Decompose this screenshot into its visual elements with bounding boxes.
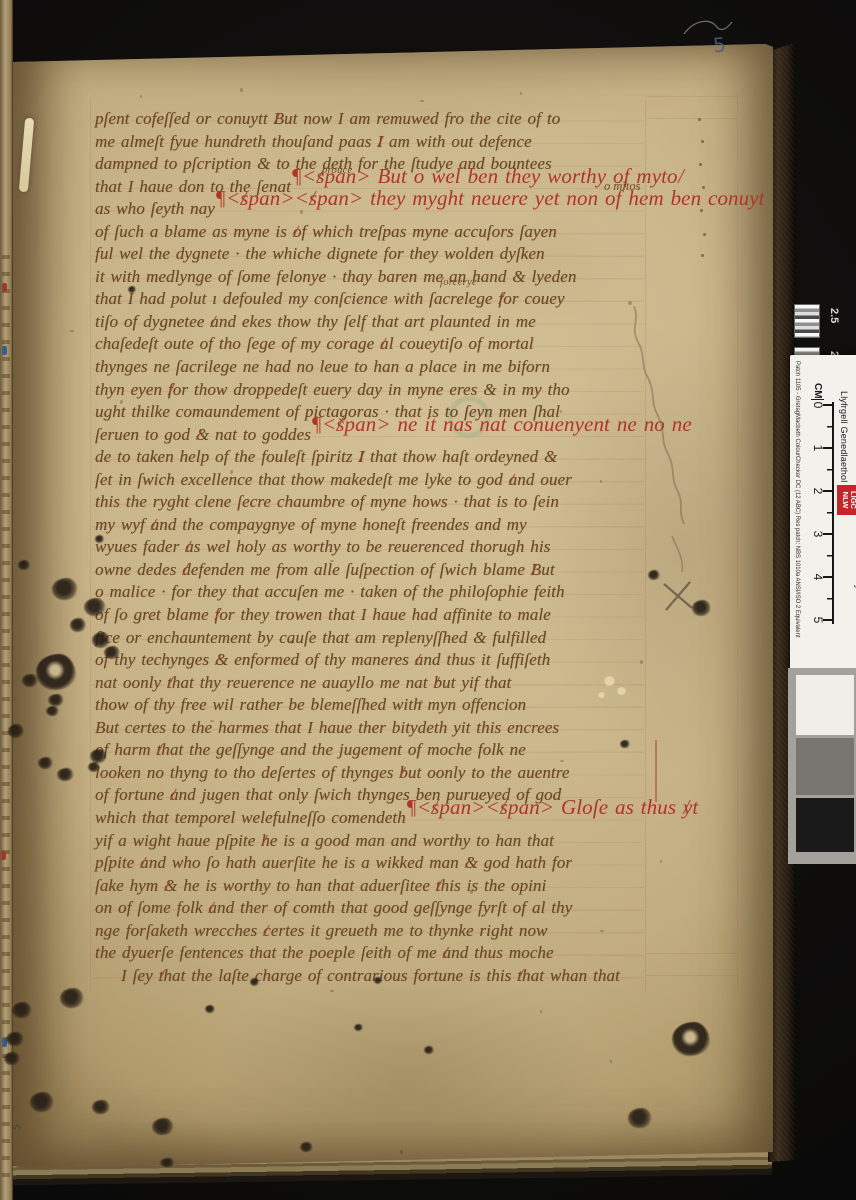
fine-print: Patch 1105 - GretagMacbeth ColourChecker…: [794, 361, 801, 638]
nlw-logo: LlGC NLW: [837, 485, 856, 515]
manuscript-line: pſpite / and who ſo hath auerſite he is …: [95, 852, 695, 875]
manuscript-line: this the ryght clene ſecre chaumbre of m…: [95, 491, 695, 514]
ruling-vertical: [90, 100, 91, 992]
ruling-vertical: [737, 92, 738, 992]
manuscript-line: the dyuerſe ſentences that the poeple ſe…: [95, 942, 695, 965]
manuscript-line: thyn eyen / for thow droppedeſt euery da…: [95, 379, 695, 402]
ruler-number: 5: [811, 617, 825, 624]
ruling-horizontal: [646, 96, 738, 97]
manuscript-line: nge forſaketh wrecches / certes it greue…: [95, 920, 695, 943]
ruler-number: 3: [811, 531, 825, 538]
manuscript-line: fice or enchauntement by cauſe that am r…: [95, 627, 695, 650]
manuscript-line: thynges ne ſacrilege ne had no leue to h…: [95, 356, 695, 379]
manuscript-line: it with medlynge of ſome felonye · thay …: [95, 266, 695, 289]
pencil-squiggle: [680, 14, 736, 42]
density-label: 2.5: [828, 308, 840, 323]
facing-leaf-edge: [0, 0, 13, 1200]
manuscript-line: ſake hym / & he is worthy to han that ad…: [95, 875, 695, 898]
manuscript-line: ſeruen to god / & nat to goddes ¶</span>…: [95, 424, 695, 447]
density-patch: 2.5: [794, 304, 850, 344]
ruler-number: 0: [811, 402, 825, 409]
interlinear-gloss: proũce: [322, 165, 353, 176]
manuscript-line: my wyf / and the compaygnye of myne hone…: [95, 514, 695, 537]
margin-note: o mĩtos: [604, 179, 640, 194]
calibration-ruler-card: Llyfrgell Genedlaethol Cymru LlGC NLW Na…: [790, 355, 856, 670]
text-block: pſent cofeſſed or conuytt / But now I am…: [95, 108, 695, 987]
manuscript-line: tiſo of dygnetee / and ekes thow thy ſel…: [95, 311, 695, 334]
ruler-number: 4: [811, 574, 825, 581]
ruler-number: 2: [811, 488, 825, 495]
facing-leaf-red-paraph: [1, 851, 6, 860]
manuscript-line: on of ſome folk / and ther of comth that…: [95, 897, 695, 920]
manuscript-line: of harm / that the geſſynge and the juge…: [95, 739, 695, 762]
manuscript-line: that I had polut ı defouled my conſcienc…: [95, 288, 695, 311]
facing-leaf-blue-paraph: [2, 1038, 7, 1047]
facing-leaf-blue-paraph: [2, 346, 7, 355]
ruler-unit-bar: [811, 399, 824, 400]
gutter-shadow: [13, 38, 85, 1173]
ruler-number: 1: [811, 445, 825, 452]
density-wedge-icon: [794, 304, 820, 338]
manuscript-line: I ſey / that the laſte charge of contrar…: [121, 965, 695, 988]
manuscript-line: pſent cofeſſed or conuytt / But now I am…: [95, 108, 695, 131]
ruler-card: Llyfrgell Genedlaethol Cymru LlGC NLW Na…: [790, 355, 856, 670]
manuscript-line: as who ſeyth nay ¶</span></span> they my…: [95, 198, 695, 221]
manuscript-line: o malice · for they that accuſen me · ta…: [95, 581, 695, 604]
manuscript-line: chaſedeſt oute of tho ſege of my corage …: [95, 333, 695, 356]
ruler-unit-label: CM: [812, 383, 823, 399]
manuscript-line: nat oonly / that thy reuerence ne auayll…: [95, 672, 695, 695]
grayscale-step-card: [788, 668, 856, 864]
manuscript-line: ſet in ſwich excellence that thow makede…: [95, 469, 695, 492]
manuscript-line: of ſuch a blame as myne is / of which tr…: [95, 221, 695, 244]
manuscript-line: me almeſt fyue hundreth thouſand paas / …: [95, 131, 695, 154]
manuscript-line: ful wel the dygnete · the whiche dignete…: [95, 243, 695, 266]
manuscript-line: owne dedes / defenden me from alle ſuſpe…: [95, 559, 695, 582]
grayscale-patch: [796, 738, 854, 795]
manuscript-line: de to taken help of the fouleſt ſpiritz …: [95, 446, 695, 469]
facing-leaf-red-paraph: [2, 283, 7, 292]
red-margin-stroke: [655, 740, 657, 802]
nlw-logo-line: LlGC: [849, 485, 856, 515]
faint-marginalia-scrawl: [612, 298, 707, 623]
manuscript-line: yif a wight haue pſpite / he is a good m…: [95, 830, 695, 853]
photo-stage: pſent cofeſſed or conuytt / But now I am…: [0, 0, 856, 1200]
manuscript-line: of thy techynges / & enformed of thy man…: [95, 649, 695, 672]
manuscript-line: of ſo gret blame / for they trowen that …: [95, 604, 695, 627]
nlw-logo-line: NLW: [841, 485, 849, 515]
manuscript-line: looken no thyng to tho deſertes of thyng…: [95, 762, 695, 785]
interlinear-gloss: ſorcerye: [440, 277, 477, 288]
grayscale-patch: [796, 798, 854, 852]
manuscript-line: wyues fader / as wel holy as worthy to b…: [95, 536, 695, 559]
manuscript-line: which that temporel welefulneſſo comende…: [95, 807, 695, 830]
ruler-minor-ticks: [827, 426, 834, 604]
grayscale-patch: [796, 675, 854, 735]
manuscript-line: thow of thy free wil rather be blemeſſhe…: [95, 694, 695, 717]
manuscript-line: But certes to the harmes that I haue the…: [95, 717, 695, 740]
